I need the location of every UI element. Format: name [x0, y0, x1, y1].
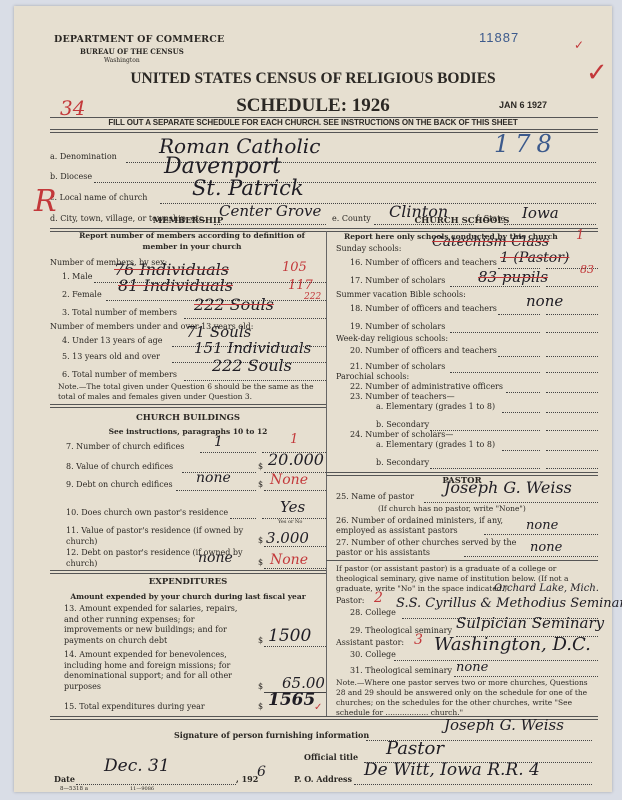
- po-address-label: P. O. Address: [294, 774, 352, 784]
- female-correction: 117: [288, 278, 313, 293]
- summer-schools-label: Summer vacation Bible schools:: [336, 290, 466, 299]
- q18-field[interactable]: none: [526, 292, 563, 310]
- female-label: 2. Female: [62, 290, 102, 299]
- over-13-label: 5. 13 years old and over: [62, 352, 160, 361]
- check-mark-icon: ✓: [314, 702, 322, 713]
- signature-label: Signature of person furnishing informati…: [174, 730, 369, 740]
- bureau-heading: BUREAU OF THE CENSUS: [80, 47, 184, 56]
- q23a-label: a. Elementary (grades 1 to 8): [376, 402, 495, 411]
- q16-label: 16. Number of officers and teachers: [350, 258, 497, 267]
- denomination-label: a. Denomination: [50, 152, 117, 161]
- sunday-schools-label: Sunday schools:: [336, 244, 401, 253]
- q15-label: 15. Total expenditures during year: [64, 702, 205, 711]
- q25-note: (If church has no pastor, write "None"): [378, 504, 526, 513]
- q16-field[interactable]: 1 (Pastor): [500, 250, 569, 266]
- q20-label: 20. Number of officers and teachers: [350, 346, 497, 355]
- expenditures-title: EXPENDITURES: [50, 577, 326, 587]
- pastor-name-field[interactable]: Joseph G. Weiss: [444, 478, 572, 497]
- stamp-number: 11887: [479, 30, 519, 45]
- department-heading: DEPARTMENT OF COMMERCE: [54, 34, 224, 45]
- q14-label: 14. Amount expended for benevolences, in…: [64, 650, 254, 692]
- q26-label: 26. Number of ordained ministers, if any…: [336, 516, 536, 536]
- edifices-debt-label: 9. Debt on church edifices: [66, 480, 173, 489]
- official-title-label: Official title: [304, 752, 358, 762]
- total-by-age-label: 6. Total number of members: [62, 370, 177, 379]
- instructions-banner: FILL OUT A SEPARATE SCHEDULE FOR EACH CH…: [14, 118, 612, 127]
- divider: [326, 560, 598, 561]
- received-date-stamp: JAN 6 1927: [499, 100, 547, 110]
- edifices-value-field[interactable]: 20.000: [268, 450, 324, 469]
- weekday-schools-label: Week-day religious schools:: [336, 334, 448, 343]
- pastor-label: Pastor:: [336, 596, 364, 605]
- q13-label: 13. Amount expended for salaries, repair…: [64, 604, 254, 646]
- q30-field[interactable]: Washington, D.C.: [434, 634, 591, 655]
- edifices-count-correction: 1: [290, 432, 298, 447]
- q23-label: 23. Number of teachers—: [350, 392, 455, 401]
- q17-field[interactable]: 83 pupils: [478, 268, 548, 286]
- q23b-label: b. Secondary: [376, 420, 429, 429]
- q30-label: 30. College: [350, 650, 396, 659]
- membership-note: Note.—The total given under Question 6 s…: [58, 382, 322, 402]
- edifices-debt-correction: None: [270, 472, 308, 488]
- parochial-schools-label: Parochial schools:: [336, 372, 409, 381]
- church-name-label: c. Local name of church: [50, 193, 147, 202]
- q24-label: 24. Number of scholars—: [350, 430, 453, 439]
- divider: [50, 570, 326, 574]
- dollar-sign: $: [258, 636, 263, 645]
- pastor-mark: 2: [374, 590, 383, 606]
- official-title-field[interactable]: Pastor: [386, 738, 444, 759]
- under-13-label: 4. Under 13 years of age: [62, 336, 162, 345]
- q29-field[interactable]: Sulpician Seminary: [456, 614, 604, 632]
- edifices-debt-field[interactable]: none: [196, 470, 231, 486]
- membership-intro: Report number of members according to de…: [72, 230, 312, 252]
- print-code: 11—9086: [130, 786, 154, 792]
- date-field[interactable]: Dec. 31: [104, 756, 170, 776]
- diocese-label: b. Diocese: [50, 172, 92, 181]
- q27-label: 27. Number of other churches served by t…: [336, 538, 536, 558]
- code-number: 178: [494, 130, 558, 158]
- q28-label: 28. College: [350, 608, 396, 617]
- residence-debt-correction: None: [270, 552, 308, 568]
- buildings-subtitle: See instructions, paragraphs 10 to 12: [50, 427, 326, 436]
- dollar-sign: $: [258, 702, 263, 711]
- q13-field[interactable]: 1500: [268, 626, 311, 646]
- total-members-correction: 222: [304, 292, 321, 302]
- q25-label: 25. Name of pastor: [336, 492, 414, 501]
- q17-label: 17. Number of scholars: [350, 276, 445, 285]
- q16-correction: 1: [576, 228, 584, 243]
- edifices-count-field[interactable]: 1: [214, 434, 223, 450]
- over-13-field[interactable]: 151 Individuals: [194, 339, 311, 357]
- q19-label: 19. Number of scholars: [350, 322, 445, 331]
- pastor-note: Note.—Where one pastor serves two or mor…: [336, 678, 598, 718]
- q24a-label: a. Elementary (grades 1 to 8): [376, 440, 495, 449]
- year-field[interactable]: 6: [257, 764, 266, 780]
- female-field[interactable]: 81 Individuals: [118, 276, 233, 295]
- total-members-label: 3. Total number of members: [62, 308, 177, 317]
- sunday-schools-note: Catechism Class: [432, 234, 549, 250]
- edifices-count-label: 7. Number of church edifices: [66, 442, 184, 451]
- q28-field[interactable]: S.S. Cyrillus & Methodius Seminary: [396, 596, 622, 611]
- year-prefix: , 192: [236, 774, 258, 784]
- q15-field[interactable]: 1565: [268, 690, 315, 710]
- edifices-value-label: 8. Value of church edifices: [66, 462, 173, 471]
- owns-residence-label: 10. Does church own pastor's residence: [66, 508, 228, 517]
- church-name-field[interactable]: St. Patrick: [192, 176, 304, 200]
- residence-value-label: 11. Value of pastor's residence (if owne…: [66, 525, 256, 547]
- expenditures-subtitle: Amount expended by your church during la…: [50, 592, 326, 601]
- q18-label: 18. Number of officers and teachers: [350, 304, 497, 313]
- census-schedule-sheet: DEPARTMENT OF COMMERCE BUREAU OF THE CEN…: [14, 6, 612, 792]
- dollar-sign: $: [258, 682, 263, 691]
- po-address-field[interactable]: De Witt, Iowa R.R. 4: [364, 760, 540, 780]
- q24b-label: b. Secondary: [376, 458, 429, 467]
- date-label: Date: [54, 774, 75, 784]
- q22-label: 22. Number of administrative officers: [350, 382, 503, 391]
- q26-field[interactable]: none: [526, 518, 558, 533]
- membership-title: MEMBERSHIP: [50, 216, 326, 226]
- buildings-title: CHURCH BUILDINGS: [50, 413, 326, 423]
- residence-value-field[interactable]: 3.000: [266, 529, 309, 547]
- dollar-sign: $: [258, 480, 263, 489]
- assistant-pastor-mark: 3: [414, 632, 423, 648]
- dollar-sign: $: [258, 536, 263, 545]
- q31-label: 31. Theological seminary: [350, 666, 452, 675]
- yes-no-hint: Yes or No: [278, 519, 302, 525]
- q27-field[interactable]: none: [530, 540, 562, 555]
- dollar-sign: $: [258, 558, 263, 567]
- assistant-pastor-label: Assistant pastor:: [336, 638, 404, 647]
- college-location-note: Orchard Lake, Mich.: [494, 583, 599, 594]
- schools-title: CHURCH SCHOOLS: [326, 216, 598, 226]
- check-mark-icon: ✓: [574, 38, 584, 52]
- residence-debt-field[interactable]: none: [198, 550, 233, 566]
- q31-field[interactable]: none: [456, 660, 488, 675]
- owns-residence-field[interactable]: Yes: [280, 498, 305, 516]
- total-members-field[interactable]: 222 Souls: [194, 295, 274, 314]
- city-heading: Washington: [104, 57, 140, 64]
- form-title: UNITED STATES CENSUS OF RELIGIOUS BODIES: [14, 70, 612, 88]
- q21-label: 21. Number of scholars: [350, 362, 445, 371]
- male-label: 1. Male: [62, 272, 92, 281]
- form-code: 8—5318 a: [60, 786, 88, 792]
- total-by-age-field[interactable]: 222 Souls: [212, 356, 292, 375]
- divider: [50, 404, 326, 408]
- q17-correction: 83: [580, 263, 594, 276]
- male-correction: 105: [282, 260, 307, 275]
- dollar-sign: $: [258, 462, 263, 471]
- signature-field[interactable]: Joseph G. Weiss: [444, 716, 564, 734]
